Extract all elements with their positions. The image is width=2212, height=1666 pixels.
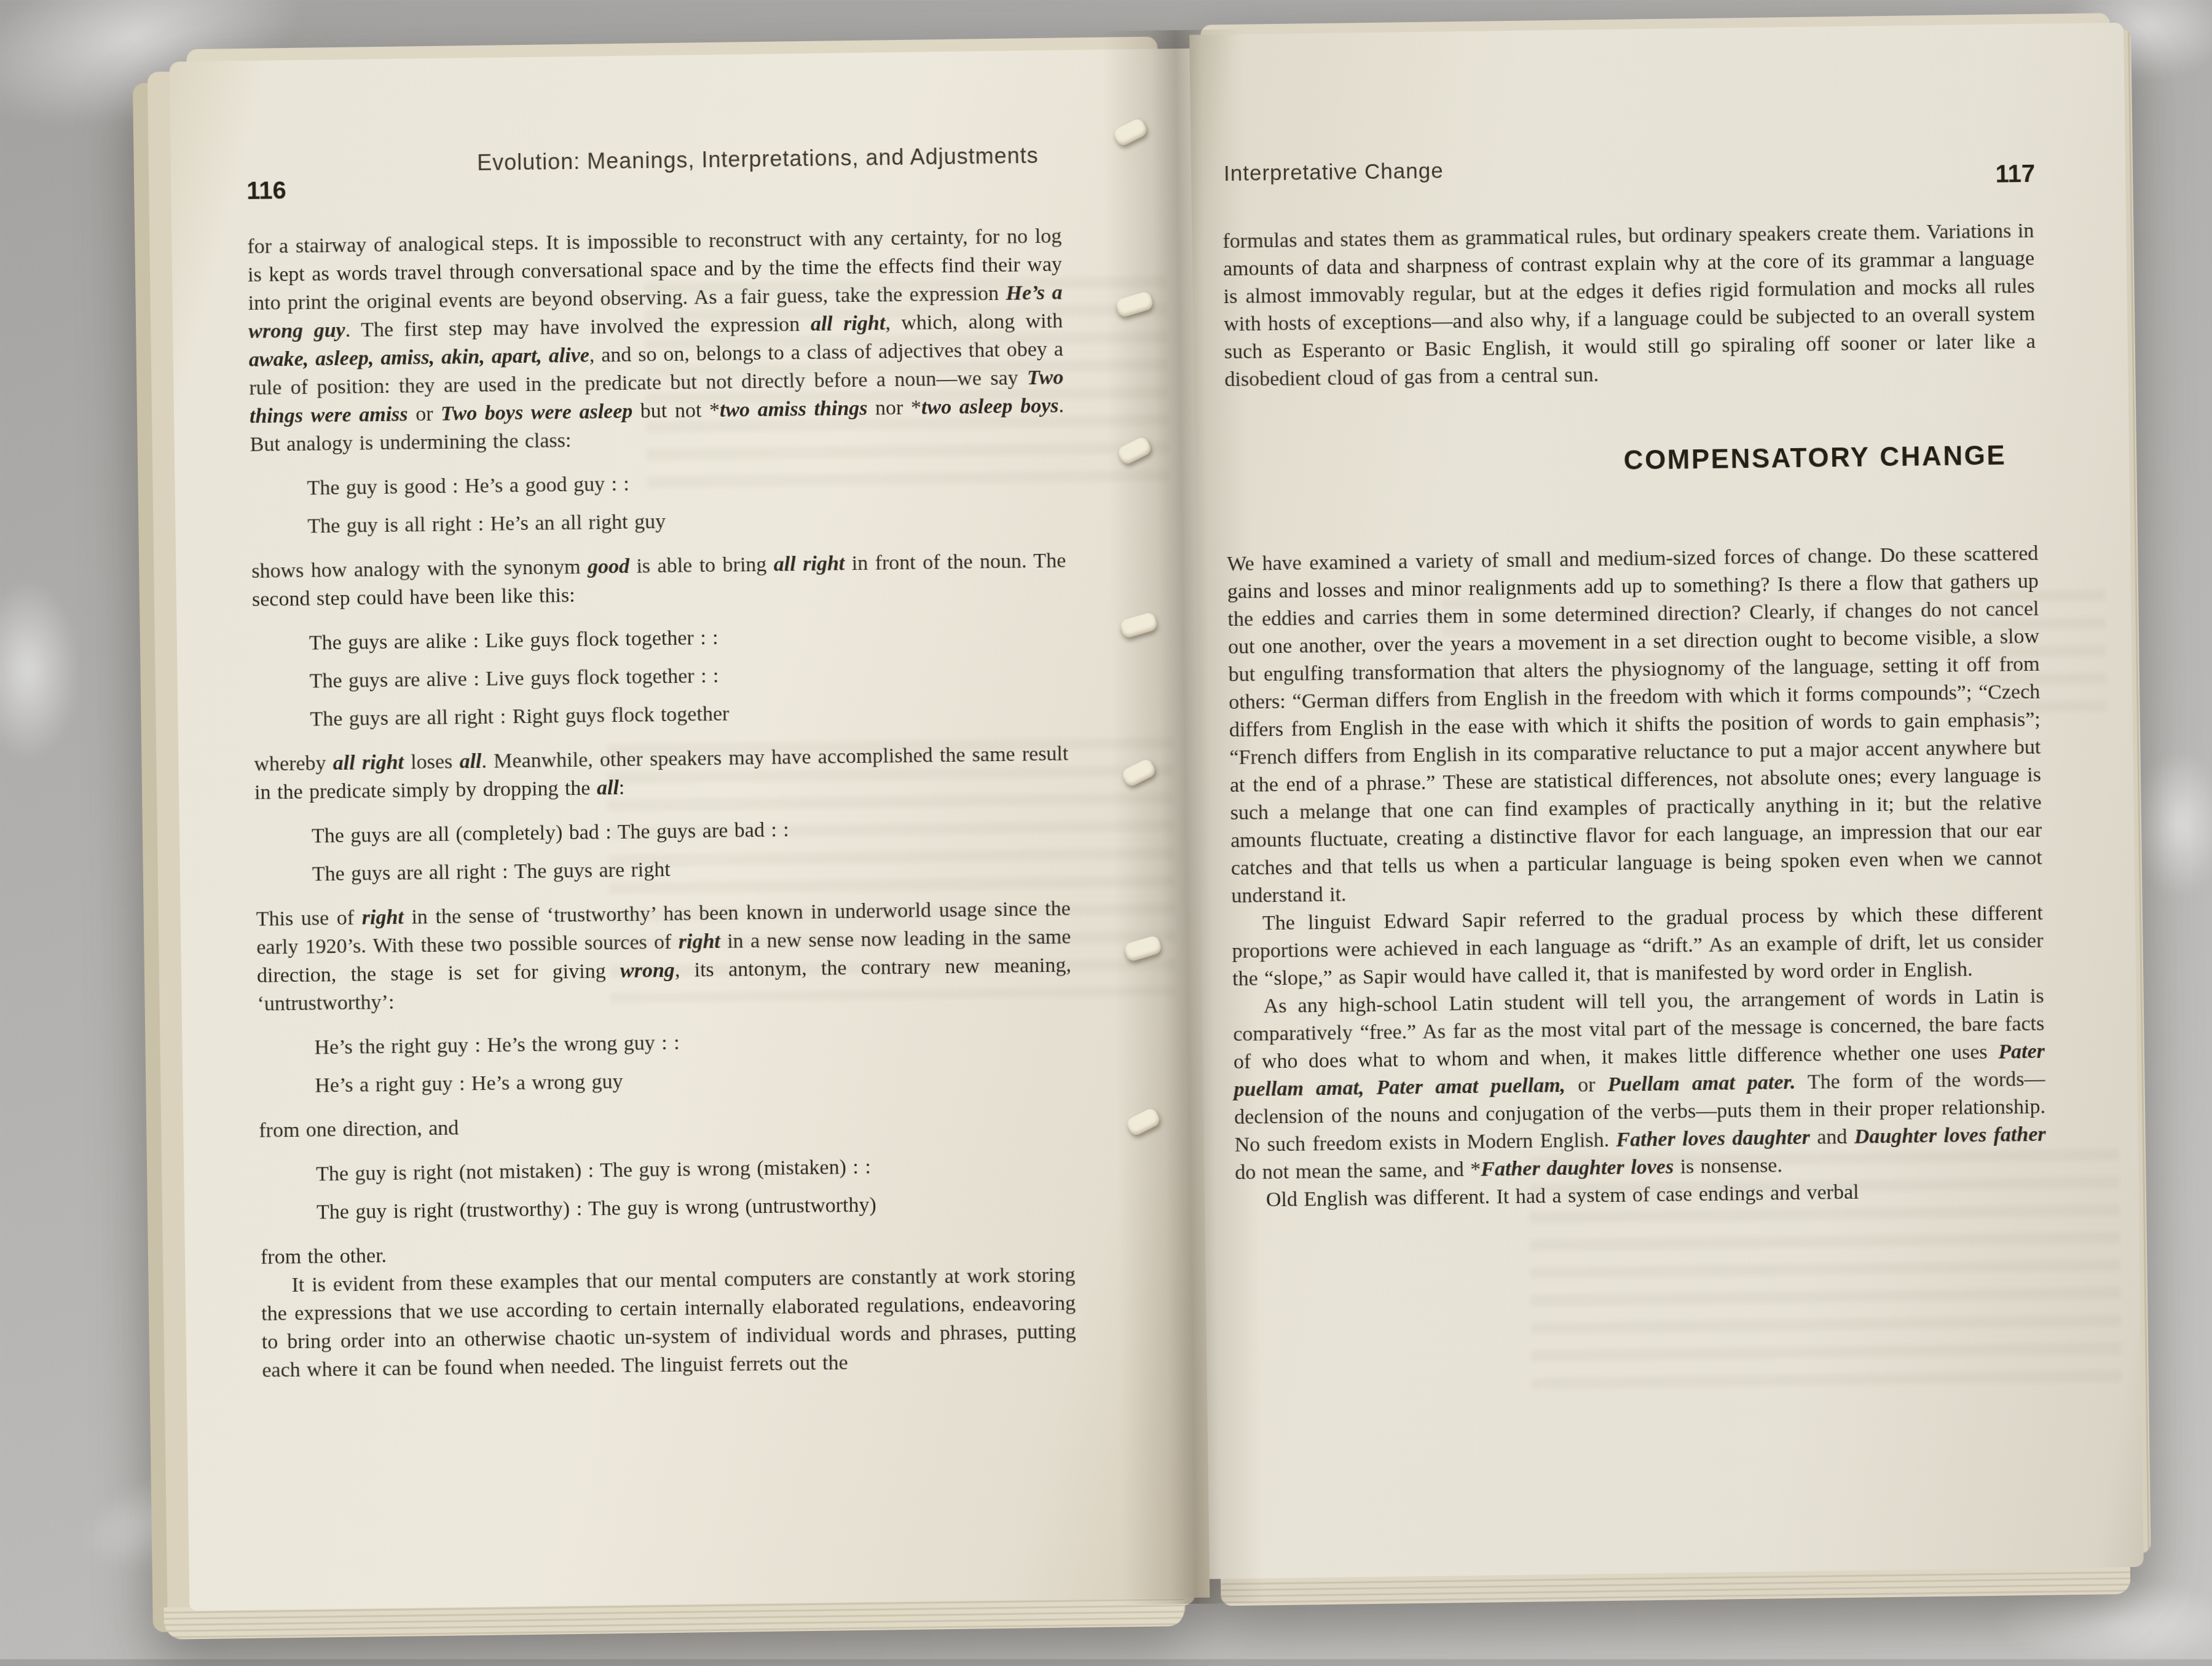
body-text: : bbox=[619, 776, 625, 799]
body-text: Old English was different. It had a syst… bbox=[1266, 1181, 1859, 1212]
body-text: . The first step may have involved the e… bbox=[345, 313, 811, 342]
body-text: but not * bbox=[632, 399, 720, 423]
paragraph: It is evident from these examples that o… bbox=[261, 1261, 1076, 1384]
italic-text: two amiss things bbox=[720, 397, 868, 422]
example-group: The guy is good : He’s a good guy : :The… bbox=[250, 464, 1065, 541]
body-text: or bbox=[1565, 1073, 1608, 1097]
example-group: He’s the right guy : He’s the wrong guy … bbox=[258, 1024, 1073, 1100]
body-text: This use of bbox=[256, 907, 362, 931]
italic-text: two asleep boys bbox=[921, 395, 1059, 419]
body-text: We have examined a variety of small and … bbox=[1227, 542, 2042, 907]
body-text bbox=[1364, 1076, 1377, 1099]
italic-text: wrong bbox=[620, 959, 675, 982]
italic-text: Puellam amat pater. bbox=[1607, 1071, 1795, 1096]
example-line: The guy is right (trustworthy) : The guy… bbox=[260, 1188, 1074, 1227]
paragraph: As any high-school Latin student will te… bbox=[1232, 982, 2046, 1186]
example-line: The guys are all right : The guys are ri… bbox=[256, 850, 1070, 889]
page-number-left: 116 bbox=[246, 177, 286, 205]
example-line: The guys are alike : Like guys flock tog… bbox=[253, 619, 1067, 658]
italic-text: all bbox=[459, 750, 481, 773]
body-text: is able to bring bbox=[629, 553, 774, 578]
example-group: The guys are all (completely) bad : The … bbox=[255, 812, 1070, 889]
example-line: The guys are all (completely) bad : The … bbox=[255, 812, 1069, 851]
body-text: The guys are all right : The guys are ri… bbox=[312, 858, 671, 886]
italic-text: Pater amat puellam, bbox=[1376, 1074, 1565, 1099]
italic-text: all bbox=[597, 776, 619, 799]
body-text: whereby bbox=[254, 752, 333, 776]
body-text: He’s a right guy : He’s a wrong guy bbox=[315, 1070, 623, 1097]
paragraph: This use of right in the sense of ‘trust… bbox=[256, 894, 1071, 1018]
right-page-body: formulas and states them as grammatical … bbox=[1222, 217, 2047, 1214]
italic-text: right bbox=[679, 930, 721, 953]
body-text: shows how analogy with the synonym bbox=[251, 556, 588, 583]
body-text: The guys are alike : Like guys flock tog… bbox=[309, 626, 718, 655]
body-text: and bbox=[1810, 1126, 1854, 1149]
body-text: The guy is right (trustworthy) : The guy… bbox=[317, 1194, 876, 1224]
body-text: The guy is good : He’s a good guy : : bbox=[307, 473, 629, 500]
body-text: formulas and states them as grammatical … bbox=[1222, 219, 2036, 391]
paragraph: shows how analogy with the synonym good … bbox=[251, 547, 1066, 614]
italic-text: right bbox=[361, 906, 404, 930]
paragraph: whereby all right loses all. Meanwhile, … bbox=[254, 740, 1069, 807]
body-text: It is evident from these examples that o… bbox=[261, 1263, 1076, 1381]
body-text: is nonsense. bbox=[1674, 1154, 1782, 1178]
body-text: nor * bbox=[867, 397, 921, 420]
body-text: As any high-school Latin student will te… bbox=[1233, 985, 2044, 1073]
paragraph: for a stairway of analogical steps. It i… bbox=[247, 223, 1065, 459]
body-text: do not mean the same, and * bbox=[1235, 1158, 1481, 1184]
example-group: The guy is right (not mistaken) : The gu… bbox=[259, 1150, 1074, 1227]
book-photo: Evolution: Meanings, Interpretations, an… bbox=[0, 0, 2212, 1659]
example-line: The guys are alive : Live guys flock tog… bbox=[253, 657, 1067, 696]
body-text: or bbox=[407, 403, 441, 426]
example-line: The guys are all right : Right guys floc… bbox=[253, 695, 1068, 734]
italic-text: all right bbox=[774, 552, 845, 576]
italic-text: all right bbox=[811, 312, 886, 336]
body-text: loses bbox=[404, 750, 460, 773]
body-text: for a stairway of analogical steps. It i… bbox=[247, 225, 1062, 315]
italic-text: Father loves daughter bbox=[1616, 1126, 1810, 1151]
example-line: The guy is right (not mistaken) : The gu… bbox=[259, 1150, 1074, 1189]
italic-text: Father daughter loves bbox=[1481, 1156, 1674, 1181]
example-line: He’s a right guy : He’s a wrong guy bbox=[258, 1062, 1073, 1100]
body-text: The linguist Edward Sapir referred to th… bbox=[1232, 902, 2043, 990]
example-line: The guy is all right : He’s an all right… bbox=[251, 502, 1065, 541]
italic-text: all right bbox=[333, 751, 404, 775]
example-line: He’s the right guy : He’s the wrong guy … bbox=[258, 1024, 1072, 1062]
italic-text: Two boys were asleep bbox=[441, 400, 633, 425]
italic-text: Daughter loves father bbox=[1854, 1123, 2046, 1148]
body-text: The guys are all right : Right guys floc… bbox=[310, 703, 729, 731]
body-text: , which, along with bbox=[885, 310, 1063, 335]
body-text: The guys are alive : Live guys flock tog… bbox=[309, 665, 718, 693]
body-text: The guy is right (not mistaken) : The gu… bbox=[316, 1156, 871, 1186]
body-text: The guy is all right : He’s an all right… bbox=[307, 510, 666, 538]
body-text: He’s the right guy : He’s the wrong guy … bbox=[314, 1032, 680, 1059]
open-book: Evolution: Meanings, Interpretations, an… bbox=[131, 18, 2143, 1642]
left-page-body: for a stairway of analogical steps. It i… bbox=[247, 223, 1076, 1385]
table-smudge bbox=[0, 578, 80, 762]
paragraph: formulas and states them as grammatical … bbox=[1222, 217, 2036, 393]
paragraph: The linguist Edward Sapir referred to th… bbox=[1232, 899, 2044, 993]
body-text: The guys are all (completely) bad : The … bbox=[312, 818, 789, 847]
example-group: The guys are alike : Like guys flock tog… bbox=[253, 619, 1068, 734]
body-text: from the other. bbox=[261, 1244, 387, 1269]
body-text: from one direction, and bbox=[259, 1116, 459, 1142]
paragraph: We have examined a variety of small and … bbox=[1227, 540, 2043, 910]
section-heading: COMPENSATORY CHANGE bbox=[1226, 441, 2006, 480]
paragraph: from one direction, and bbox=[259, 1106, 1073, 1145]
italic-text: awake, asleep, amiss, akin, apart, alive bbox=[249, 344, 590, 371]
italic-text: good bbox=[588, 555, 629, 578]
example-line: The guy is good : He’s a good guy : : bbox=[250, 464, 1065, 503]
table-smudge bbox=[2133, 750, 2212, 898]
